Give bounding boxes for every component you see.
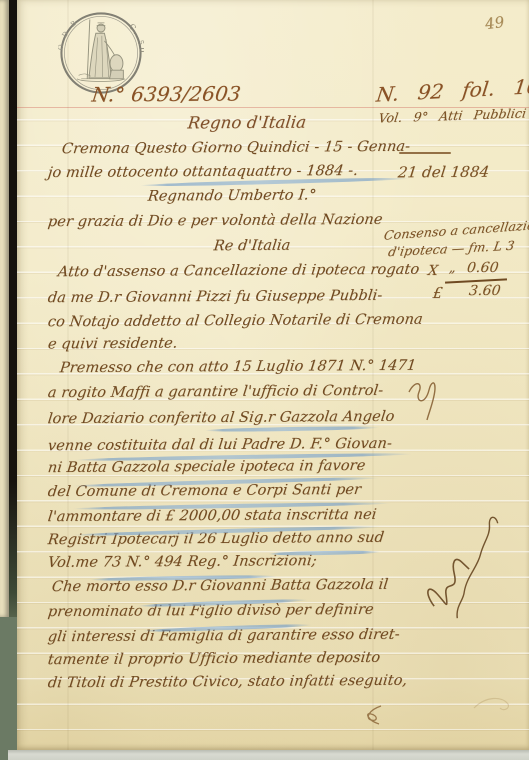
fee-ditto-mark: „ bbox=[448, 261, 457, 276]
folio-note-line1: N. 92 fol. 165 bbox=[375, 73, 529, 106]
next-page-edge bbox=[8, 750, 529, 760]
margin-visto-signature bbox=[406, 494, 529, 633]
manuscript-page: C. 50. O D B 49 N.° 6393/2603 N. 92 fol.… bbox=[17, 0, 529, 750]
body-line: a rogito Maffi a garantire l'ufficio di … bbox=[47, 383, 384, 401]
body-line: Che morto esso D.r Giovanni Batta Gazzol… bbox=[51, 577, 389, 595]
svg-text:O D B: O D B bbox=[58, 18, 80, 51]
blue-underline bbox=[205, 425, 379, 432]
body-line: di Titoli di Prestito Civico, stato infa… bbox=[47, 673, 408, 692]
document-title: Regno d'Italia bbox=[121, 112, 373, 133]
body-line: co Notajo addetto al Collegio Notarile d… bbox=[47, 312, 424, 331]
body-line: Regnando Umberto I.° bbox=[101, 187, 363, 205]
margin-date-note: 21 del 1884 bbox=[397, 163, 490, 182]
registry-number: N.° 6393/2603 bbox=[91, 81, 243, 106]
fee-currency: £ bbox=[432, 284, 444, 302]
body-line: l'ammontare di £ 2000,00 stata inscritta… bbox=[47, 507, 377, 525]
folio-note-line2: Vol. 9° Atti Pubblici bbox=[378, 105, 528, 125]
body-line: venne costituita dal di lui Padre D. F.°… bbox=[47, 436, 393, 454]
body-line: jo mille ottocento ottantaquattro - 1884… bbox=[47, 163, 359, 181]
fee-amount-total: 3.60 bbox=[468, 283, 501, 299]
closing-flourish bbox=[359, 700, 389, 730]
margin-paraph-squiggle bbox=[405, 372, 457, 424]
body-line: Cremona Questo Giorno Quindici - 15 - Ge… bbox=[61, 139, 411, 157]
page-number: 49 bbox=[484, 13, 506, 34]
body-line: e quivi residente. bbox=[47, 336, 178, 353]
underlying-page-edge bbox=[0, 0, 9, 617]
body-line: Premesso che con atto 15 Luglio 1871 N.°… bbox=[59, 358, 417, 376]
body-line: Re d'Italia bbox=[141, 237, 363, 255]
scanned-document-photo: C. 50. O D B 49 N.° 6393/2603 N. 92 fol.… bbox=[0, 0, 529, 760]
body-line: Vol.me 73 N.° 494 Reg.° Inscrizioni; bbox=[47, 553, 318, 571]
body-line: prenominato di lui Figlio divisò per def… bbox=[47, 602, 375, 620]
body-line: gli interessi di Famiglia di garantire e… bbox=[47, 627, 401, 645]
body-line: Atto d'assenso a Cancellazione di ipotec… bbox=[57, 262, 420, 281]
body-line: Registri Ipotecarj il 26 Luglio detto an… bbox=[47, 530, 385, 548]
margin-dash bbox=[399, 152, 451, 154]
body-line: per grazia di Dio e per volontà della Na… bbox=[47, 212, 384, 230]
fee-x-mark: X bbox=[427, 263, 439, 279]
body-line: ni Batta Gazzola speciale ipoteca in fav… bbox=[47, 458, 366, 476]
stamp-edge-text: O D B bbox=[58, 18, 80, 51]
binding-gutter-shadow bbox=[9, 0, 17, 617]
body-line: lore Daziario conferito al Sig.r Gazzola… bbox=[47, 409, 395, 427]
body-line: tamente il proprio Ufficio mediante depo… bbox=[47, 650, 381, 668]
body-line: da me D.r Giovanni Pizzi fu Giuseppe Pub… bbox=[47, 288, 383, 306]
fee-amount-top: 0.60 bbox=[466, 260, 499, 276]
body-line: del Comune di Cremona e Corpi Santi per bbox=[47, 482, 362, 500]
faint-ink-curl bbox=[472, 688, 512, 718]
